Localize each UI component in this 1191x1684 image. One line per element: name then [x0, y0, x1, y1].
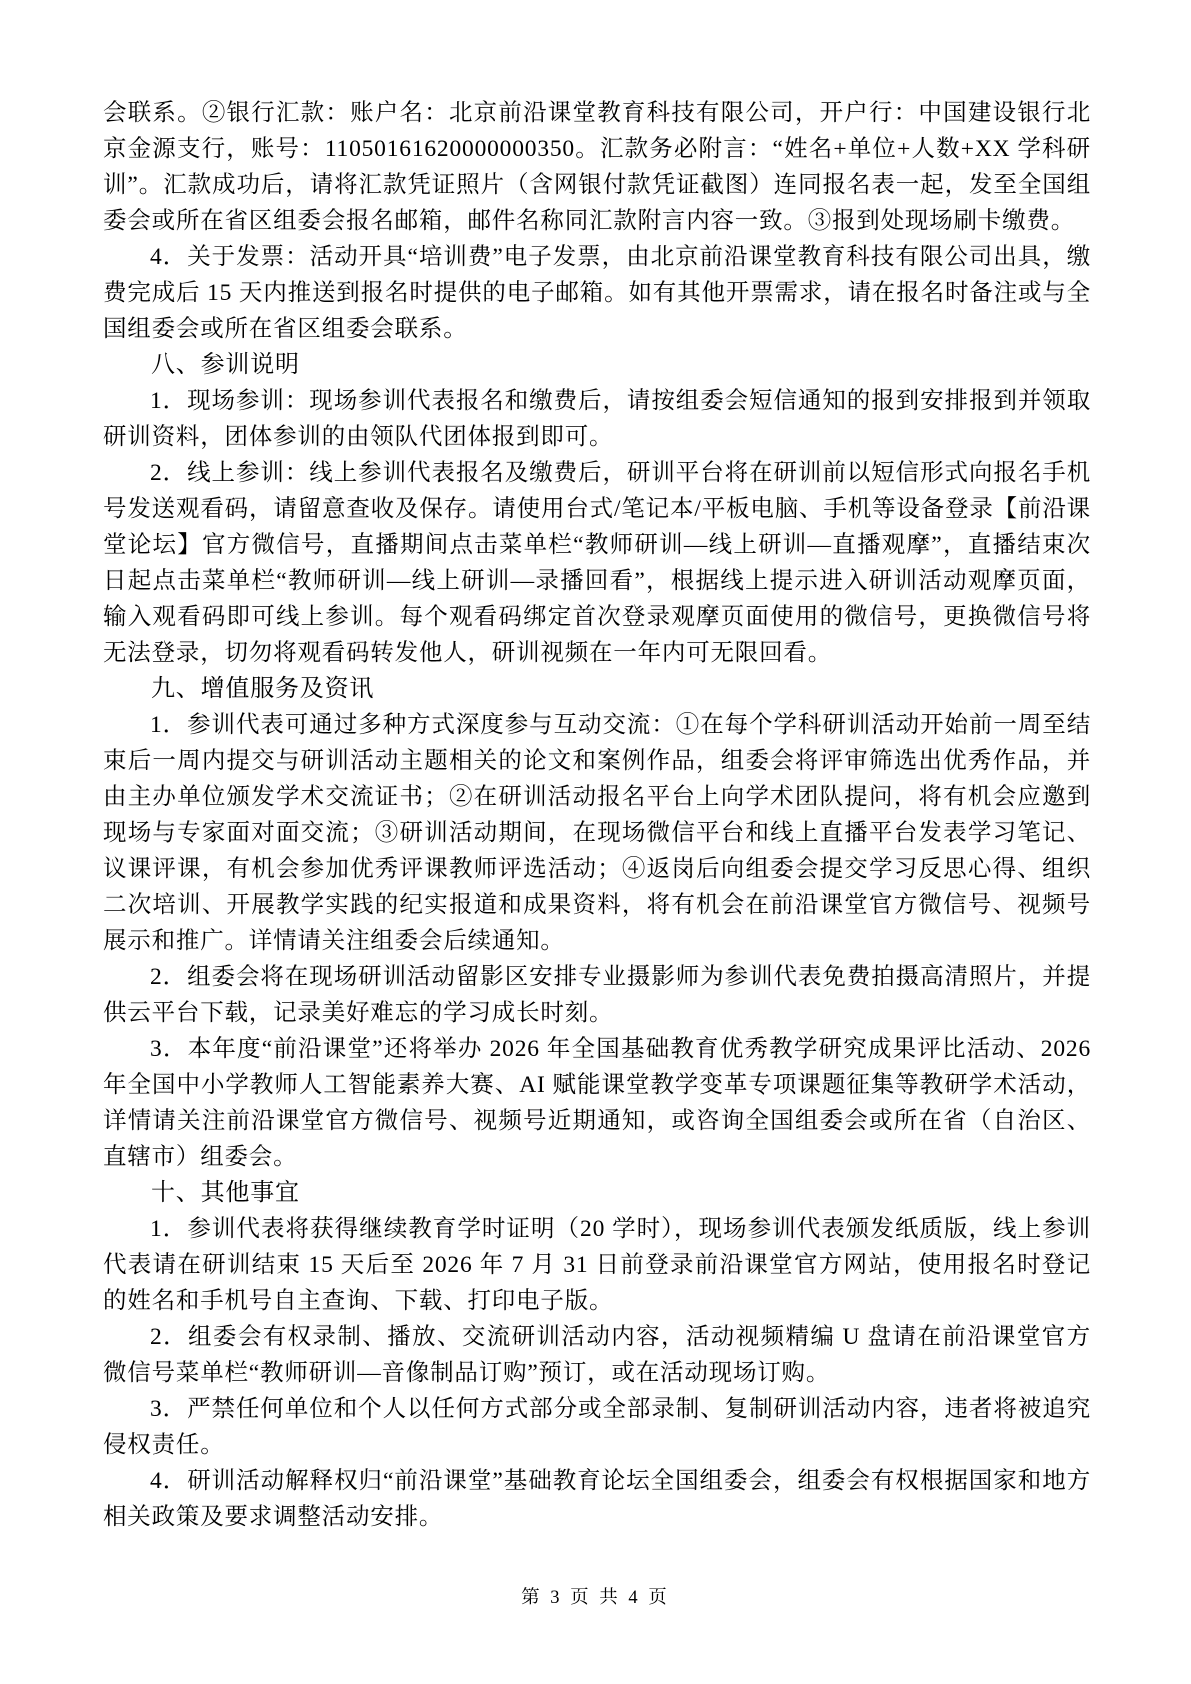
- onsite-participation-paragraph: 1．现场参训：现场参训代表报名和缴费后，请按组委会短信通知的报到安排报到并领取研…: [103, 383, 1091, 455]
- photography-service-paragraph: 2．组委会将在现场研训活动留影区安排专业摄影师为参训代表免费拍摄高清照片，并提供…: [103, 959, 1091, 1031]
- section-heading-value-added-services: 九、增值服务及资讯: [103, 671, 1091, 707]
- interaction-exchange-paragraph: 1．参训代表可通过多种方式深度参与互动交流：①在每个学科研训活动开始前一周至结束…: [103, 707, 1091, 959]
- section-heading-other-matters: 十、其他事宜: [103, 1175, 1091, 1211]
- prohibition-paragraph: 3．严禁任何单位和个人以任何方式部分或全部录制、复制研训活动内容，违者将被追究侵…: [103, 1391, 1091, 1463]
- certificate-paragraph: 1．参训代表将获得继续教育学时证明（20 学时），现场参训代表颁发纸质版，线上参…: [103, 1211, 1091, 1319]
- document-page: 会联系。②银行汇款：账户名：北京前沿课堂教育科技有限公司，开户行：中国建设银行北…: [0, 0, 1191, 1684]
- document-body: 会联系。②银行汇款：账户名：北京前沿课堂教育科技有限公司，开户行：中国建设银行北…: [103, 95, 1091, 1535]
- interpretation-rights-paragraph: 4．研训活动解释权归“前沿课堂”基础教育论坛全国组委会，组委会有权根据国家和地方…: [103, 1463, 1091, 1535]
- payment-continuation-paragraph: 会联系。②银行汇款：账户名：北京前沿课堂教育科技有限公司，开户行：中国建设银行北…: [103, 95, 1091, 239]
- page-number: 第 3 页 共 4 页: [0, 1583, 1191, 1609]
- section-heading-participation: 八、参训说明: [103, 347, 1091, 383]
- online-participation-paragraph: 2．线上参训：线上参训代表报名及缴费后，研训平台将在研训前以短信形式向报名手机号…: [103, 455, 1091, 671]
- invoice-paragraph: 4．关于发票：活动开具“培训费”电子发票，由北京前沿课堂教育科技有限公司出具，缴…: [103, 239, 1091, 347]
- other-events-paragraph: 3．本年度“前沿课堂”还将举办 2026 年全国基础教育优秀教学研究成果评比活动…: [103, 1031, 1091, 1175]
- recording-rights-paragraph: 2．组委会有权录制、播放、交流研训活动内容，活动视频精编 U 盘请在前沿课堂官方…: [103, 1319, 1091, 1391]
